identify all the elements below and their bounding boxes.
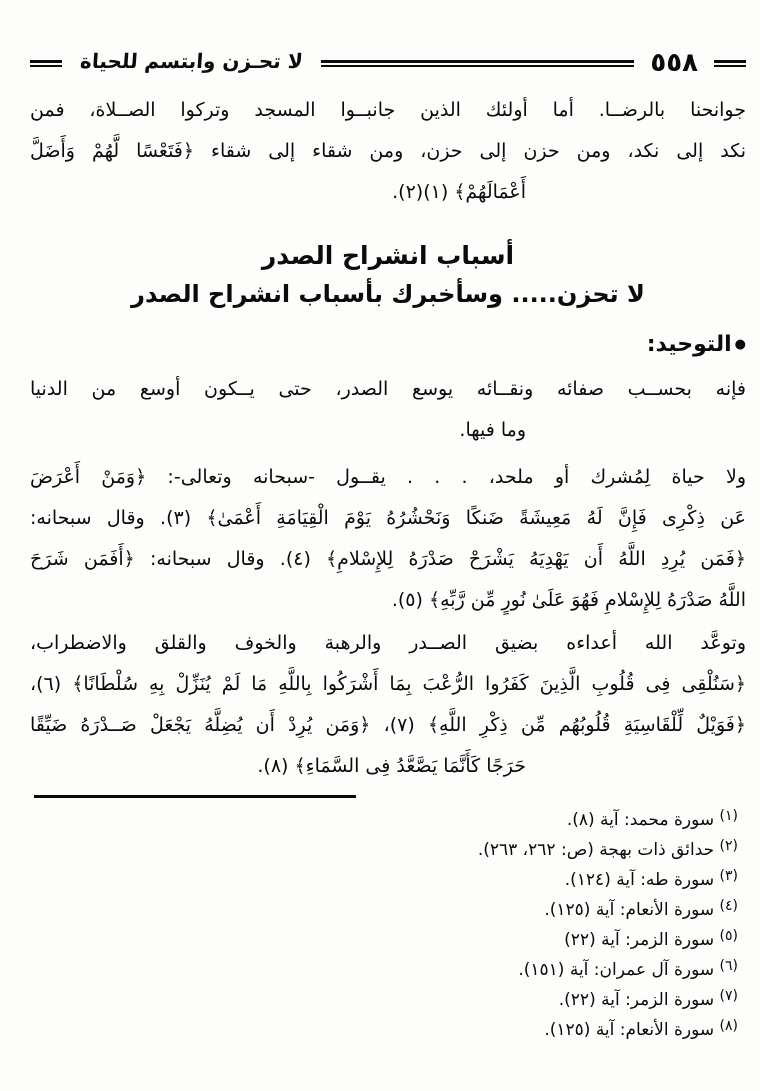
page-number: ٥٥٨ (646, 50, 702, 76)
footnote-item: (٦) سورة آل عمران: آية (١٥١). (46, 956, 746, 986)
page-header: ٥٥٨ لا تحـزن وابتسم للحياة (0, 44, 760, 82)
quran-verse-line: ﴿فَمَن يُرِدِ اللَّهُ أَن يَهْدِيَهُ يَش… (30, 539, 746, 580)
paragraph-line: ولا حياة لِمُشرك أو ملحد، . . . يقــول -… (30, 457, 746, 498)
page-body: جوانحنا بالرضــا. أما أولئك الذين جانبــ… (0, 90, 760, 1046)
chapter-subheading: لا تحزن..... وسأخبرك بأسباب انشراح الصدر (30, 275, 746, 313)
paragraph-line: نكد إلى نكد، ومن حزن إلى حزن، ومن شقاء إ… (30, 131, 746, 172)
footnote-text: سورة محمد: آية (٨). (567, 810, 714, 830)
paragraph-tawhid: فإنه بحســب صفائه ونقــائه يوسع الصدر، ح… (30, 369, 746, 451)
footnote-text: سورة الأنعام: آية (١٢٥). (544, 900, 714, 920)
footnote-item: (٧) سورة الزمر: آية (٢٢). (46, 986, 746, 1016)
header-rule-right (714, 60, 746, 67)
footnote-text: سورة الزمر: آية (٢٢). (559, 990, 714, 1010)
footnote-marker: (١) (720, 808, 738, 824)
paragraph-line-with-footnote-refs: أَعْمَالَهُمْ﴾ (١)(٢). (30, 172, 746, 213)
footnote-item: (٢) حدائق ذات بهجة (ص: ٢٦٢، ٢٦٣). (46, 836, 746, 866)
quran-verse-line: حَرَجًا كَأَنَّمَا يَصَّعَّدُ فِى السَّم… (30, 746, 746, 787)
quran-verse-line: ﴿سَنُلْقِى فِى قُلُوبِ الَّذِينَ كَفَرُو… (30, 664, 746, 705)
paragraph-quran-quotes-2: وتوعَّد الله أعداءه بضيق الصــدر والرهبة… (30, 623, 746, 787)
quran-verse-line: اللَّهُ صَدْرَهُ لِلإِسْلامِ فَهُوَ عَلَ… (30, 580, 746, 621)
book-title: لا تحـزن وابتسم للحياة (73, 51, 309, 75)
footnote-marker: (٥) (720, 928, 738, 944)
footnote-marker: (٤) (720, 898, 738, 914)
footnotes: (١) سورة محمد: آية (٨). (٢) حدائق ذات به… (30, 806, 746, 1046)
header-rule-middle (321, 60, 635, 67)
footnote-item: (٤) سورة الأنعام: آية (١٢٥). (46, 896, 746, 926)
paragraph-line: فإنه بحســب صفائه ونقــائه يوسع الصدر، ح… (30, 369, 746, 410)
footnote-marker: (٦) (720, 958, 738, 974)
quran-verse-line: ﴿فَوَيْلٌ لِّلْقَاسِيَةِ قُلُوبُهُم مِّن… (30, 705, 746, 746)
footnote-separator (34, 795, 356, 798)
quran-verse-line: عَن ذِكْرِى فَإِنَّ لَهُ مَعِيشَةً ضَنكً… (30, 498, 746, 539)
paragraph-quran-quotes-1: ولا حياة لِمُشرك أو ملحد، . . . يقــول -… (30, 457, 746, 621)
header-rule-left (30, 60, 62, 67)
footnote-item: (٨) سورة الأنعام: آية (١٢٥). (46, 1016, 746, 1046)
paragraph-continuation: جوانحنا بالرضــا. أما أولئك الذين جانبــ… (30, 90, 746, 213)
footnote-item: (٣) سورة طه: آية (١٢٤). (46, 866, 746, 896)
footnote-marker: (٨) (720, 1018, 738, 1034)
footnote-text: سورة الأنعام: آية (١٢٥). (544, 1020, 714, 1040)
paragraph-line: وما فيها. (30, 410, 746, 451)
section-title: ●التوحيد: (30, 327, 746, 363)
paragraph-line: جوانحنا بالرضــا. أما أولئك الذين جانبــ… (30, 90, 746, 131)
footnote-text: سورة الزمر: آية (٢٢) (564, 930, 714, 950)
footnote-text: سورة طه: آية (١٢٤). (565, 870, 714, 890)
book-page: ٥٥٨ لا تحـزن وابتسم للحياة جوانحنا بالرض… (0, 0, 760, 1091)
footnote-marker: (٢) (720, 838, 738, 854)
footnote-text: حدائق ذات بهجة (ص: ٢٦٢، ٢٦٣). (478, 840, 714, 860)
chapter-heading: أسباب انشراح الصدر (30, 237, 746, 275)
footnote-item: (١) سورة محمد: آية (٨). (46, 806, 746, 836)
footnote-marker: (٧) (720, 988, 738, 1004)
footnote-marker: (٣) (720, 868, 738, 884)
bullet-icon: ● (735, 337, 746, 352)
section-title-text: التوحيد: (647, 332, 732, 357)
paragraph-line: وتوعَّد الله أعداءه بضيق الصــدر والرهبة… (30, 623, 746, 664)
footnote-item: (٥) سورة الزمر: آية (٢٢) (46, 926, 746, 956)
footnote-text: سورة آل عمران: آية (١٥١). (518, 960, 714, 980)
